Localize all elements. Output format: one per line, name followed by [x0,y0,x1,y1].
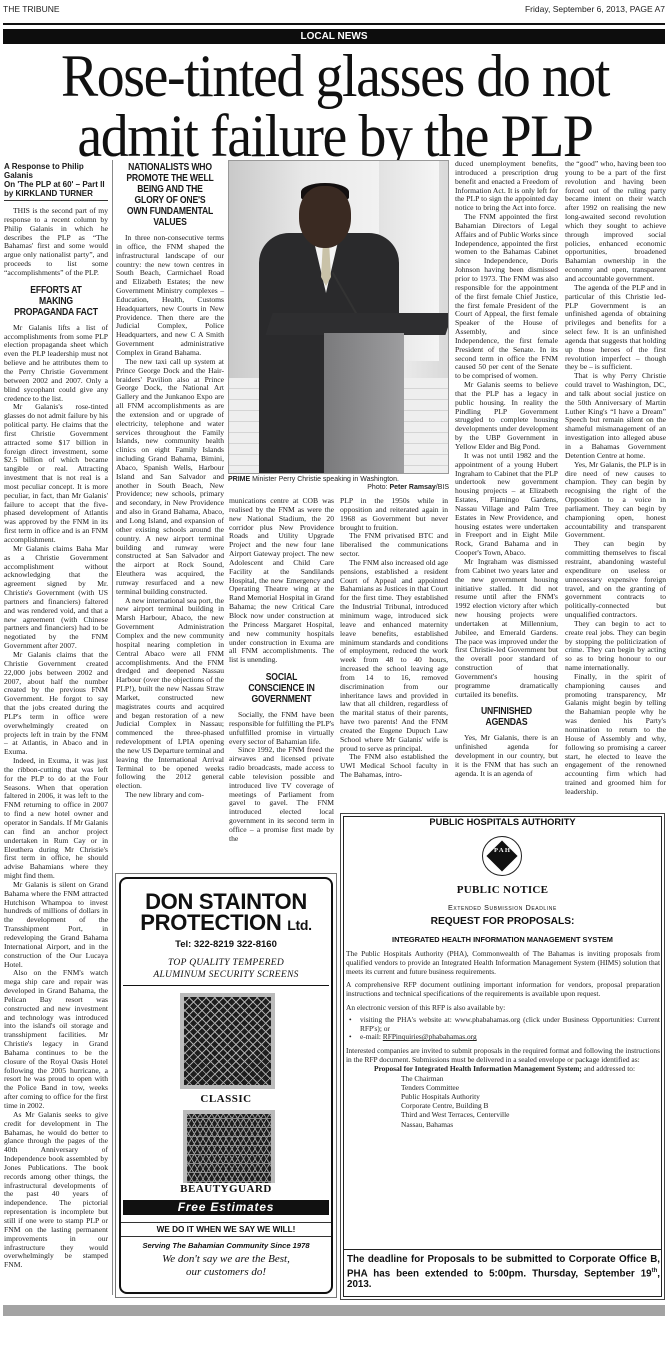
article-paragraph: Mr Galanis lifts a list of accomplishmen… [4,324,108,404]
mailing-address: The Chairman Tenders Committee Public Ho… [346,1074,660,1129]
advertisement-public-hospitals-authority: PUBLIC HOSPITALS AUTHORITY P A H PUBLIC … [340,813,665,1300]
subhead: EFFORTS AT MAKING PROPAGANDA FACT [13,285,98,318]
ad-phone: Tel: 322-8219 322-8160 [121,939,331,950]
article-paragraph: Finally, in the spirit of championing ca… [565,673,666,797]
article-paragraph: They can begin to act to create real job… [565,620,666,673]
subhead: SOCIAL CONSCIENCE IN GOVERNMENT [238,672,324,705]
article-paragraph: The FNM privatised BTC and liberalised t… [340,532,448,559]
photo-caption: PRIME Minister Perry Christie speaking i… [228,476,449,492]
footer-bar [3,1305,665,1316]
system-title: INTEGRATED HEALTH INFORMATION MANAGEMENT… [341,935,664,944]
article-paragraph: Mr Galanis claims that the Christie Gove… [4,651,108,757]
caption-text: Minister Perry Christie speaking in Wash… [250,476,399,483]
subhead: NATIONALISTS WHO PROMOTE THE WELL BEING … [126,162,215,228]
section-banner: LOCAL NEWS [3,29,665,44]
article-paragraph: Socially, the FNM have been responsible … [229,711,334,746]
article-column-1: A Response to Philip Galanis On 'The PLP… [4,162,108,1270]
article-paragraph: THIS is the second part of my response t… [4,207,108,278]
article-paragraph: Mr Galanis claims Baha Mar as a Christie… [4,545,108,651]
article-paragraph: duced unemployment benefits, introduced … [455,160,558,213]
article-paragraph: In three non-consecutive terms in office… [116,234,224,358]
article-paragraph: Yes, Mr Galanis, there is an unfinished … [455,734,558,778]
article-paragraph: Since 1992, the FNM freed the airwaves a… [229,746,334,843]
masthead: THE TRIBUNE Friday, September 6, 2013, P… [3,4,665,16]
headline-line-1: Rose-tinted glasses do not [23,46,646,106]
article-paragraph: munications centre at COB was realised b… [229,497,334,665]
headline: Rose-tinted glasses do not admit failure… [23,46,646,166]
article-column-2: NATIONALISTS WHO PROMOTE THE WELL BEING … [116,160,224,800]
ad-company-name: DON STAINTON PROTECTION Ltd. [121,891,331,936]
article-paragraph: They can begin by committing themselves … [565,540,666,620]
public-notice-title: PUBLIC NOTICE [341,884,664,896]
rfp-title: REQUEST FOR PROPOSALS: [341,916,664,927]
article-column-4: PLP in the 1950s while in opposition and… [340,497,448,780]
free-estimates-banner: Free Estimates [123,1200,329,1215]
email-bullet: e-mail: RFPinquiries@phabahamas.org [346,1033,660,1042]
article-paragraph: The FNM appointed the first Bahamian Dir… [455,213,558,381]
byline-series: On 'The PLP at 60' – Part II [4,180,108,189]
product-classic-label: CLASSIC [121,1093,331,1105]
article-paragraph: That is why Perry Christie could travel … [565,372,666,460]
dateline: Friday, September 6, 2013, PAGE A7 [525,4,665,14]
article-paragraph: The agenda of the PLP and in particular … [565,284,666,372]
headline-line-2: admit failure by the PLP [23,106,646,166]
article-paragraph: Mr Ingraham was dismissed from Cabinet t… [455,558,558,700]
article-paragraph: Also on the FNM's watch mega ship care a… [4,969,108,1111]
article-paragraph: Yes, Mr Galanis, the PLP is in dire need… [565,461,666,541]
email-link[interactable]: RFPinquiries@phabahamas.org [383,1032,477,1041]
availability-list: visiting the PHA's website at: www.phaba… [346,1016,660,1042]
ad-serving: Serving The Bahamian Community Since 197… [121,1241,331,1250]
article-paragraph: The FNM also established the UWI Medical… [340,753,448,780]
extended-deadline-label: Extended Submission Deadline [341,903,664,912]
article-paragraph: It was not until 1982 and the appointmen… [455,452,558,558]
subhead: UNFINISHED AGENDAS [464,706,548,728]
paper-name: THE TRIBUNE [3,4,60,14]
notice-body: The Public Hospitals Authority (PHA), Co… [346,950,660,1129]
byline-topic: A Response to Philip Galanis [4,162,108,180]
deadline-notice: The deadline for Proposals to be submitt… [344,1249,662,1291]
ad-authority-name: PUBLIC HOSPITALS AUTHORITY [341,817,664,827]
article-paragraph: Indeed, in Exuma, it was just the ribbon… [4,757,108,881]
column-rule [112,160,113,1295]
article-column-6: the “good” who, having been too young to… [565,160,666,797]
article-paragraph: Mr Galanis's rose-tinted glasses do not … [4,403,108,545]
article-paragraph: The new taxi call up system at Prince Ge… [116,358,224,597]
product-beautyguard-label: BEAUTYGUARD [121,1183,331,1195]
article-paragraph: PLP in the 1950s while in opposition and… [340,497,448,532]
article-paragraph: Mr Galanis is silent on Grand Bahama whe… [4,881,108,969]
beautyguard-screen-image [183,1110,275,1194]
advertisement-don-stainton: DON STAINTON PROTECTION Ltd. Tel: 322-82… [115,873,337,1298]
byline-author: by KIRKLAND TURNER [4,189,108,198]
caption-lead: PRIME [228,476,250,483]
masthead-rule [3,23,665,25]
article-paragraph: The new library and com- [116,791,224,800]
website-bullet: visiting the PHA's website at: www.phaba… [346,1016,660,1034]
article-paragraph: As Mr Galanis seeks to give credit for d… [4,1111,108,1270]
article-paragraph: The FNM also increased old age pensions,… [340,559,448,754]
byline: A Response to Philip Galanis On 'The PLP… [4,162,108,201]
photo-perry-christie [228,160,449,474]
article-column-5: duced unemployment benefits, introduced … [455,160,558,779]
divider [123,985,329,986]
pha-logo-icon: P A H [482,836,522,876]
article-paragraph: A new international sea port, the new ai… [116,597,224,792]
article-paragraph: the “good” who, having been too young to… [565,160,666,284]
ad-motto: WE DO IT WHEN WE SAY WE WILL! [121,1222,331,1237]
article-paragraph: Mr Galanis seems to believe that the PLP… [455,381,558,452]
photo-credit: Photo: Peter Ramsay/BIS [228,484,449,492]
classic-screen-image [180,993,275,1089]
article-column-3: munications centre at COB was realised b… [229,497,334,844]
ad-tagline: TOP QUALITY TEMPERED ALUMINUM SECURITY S… [121,957,331,981]
ad-slogan: We don't say we are the Best, our custom… [121,1253,331,1279]
